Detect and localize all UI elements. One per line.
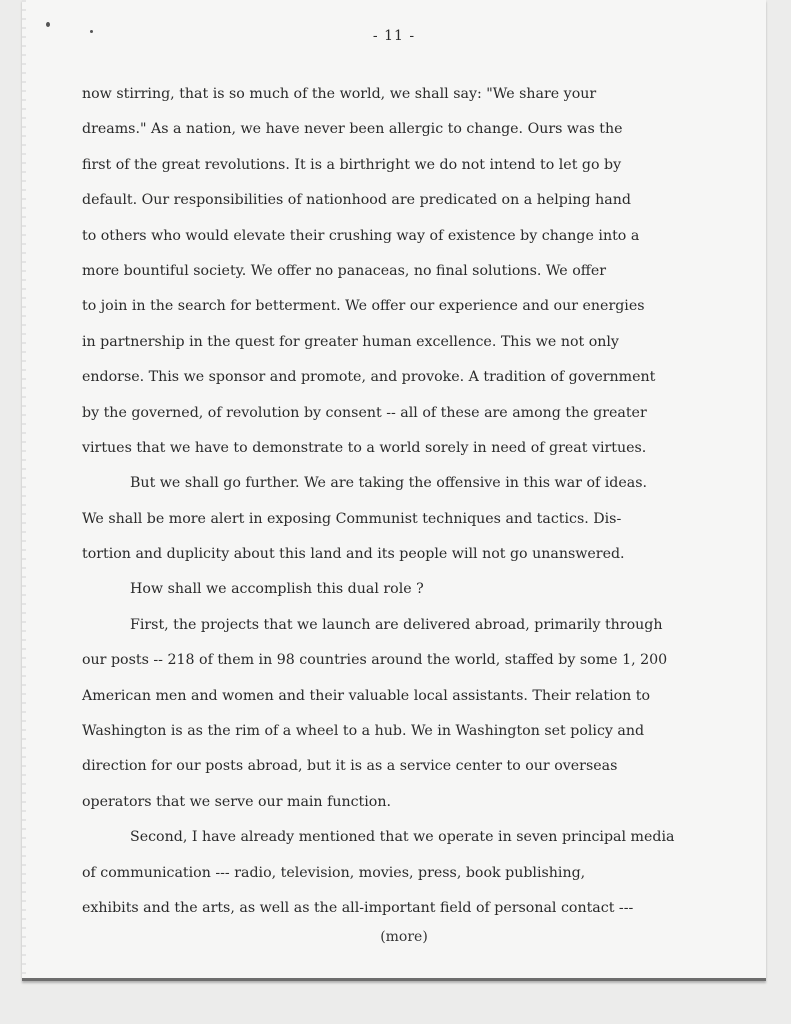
text-line: now stirring, that is so much of the wor… bbox=[82, 77, 762, 112]
text-line: virtues that we have to demonstrate to a… bbox=[82, 431, 762, 466]
scanned-page-background: - 11 - now stirring, that is so much of … bbox=[0, 0, 791, 1024]
text-line: Washington is as the rim of a wheel to a… bbox=[82, 714, 762, 749]
text-line: more bountiful society. We offer no pana… bbox=[82, 254, 762, 289]
text-line: Second, I have already mentioned that we… bbox=[82, 820, 762, 855]
text-line: default. Our responsibilities of nationh… bbox=[82, 183, 762, 218]
text-line: by the governed, of revolution by consen… bbox=[82, 396, 762, 431]
body-text: now stirring, that is so much of the wor… bbox=[82, 77, 762, 926]
text-line: endorse. This we sponsor and promote, an… bbox=[82, 360, 762, 395]
continuation-marker: (more) bbox=[22, 929, 766, 945]
scan-speck bbox=[46, 22, 50, 27]
text-line: operators that we serve our main functio… bbox=[82, 785, 762, 820]
document-page: - 11 - now stirring, that is so much of … bbox=[22, 0, 766, 981]
text-line: to join in the search for betterment. We… bbox=[82, 289, 762, 324]
page-number: - 11 - bbox=[22, 28, 766, 44]
text-line: exhibits and the arts, as well as the al… bbox=[82, 891, 762, 926]
text-line: of communication --- radio, television, … bbox=[82, 856, 762, 891]
text-line: first of the great revolutions. It is a … bbox=[82, 148, 762, 183]
text-line: our posts -- 218 of them in 98 countries… bbox=[82, 643, 762, 678]
text-line: First, the projects that we launch are d… bbox=[82, 608, 762, 643]
text-line: dreams." As a nation, we have never been… bbox=[82, 112, 762, 147]
text-line: How shall we accomplish this dual role ? bbox=[82, 572, 762, 607]
text-line: in partnership in the quest for greater … bbox=[82, 325, 762, 360]
text-line: tortion and duplicity about this land an… bbox=[82, 537, 762, 572]
text-line: We shall be more alert in exposing Commu… bbox=[82, 502, 762, 537]
text-line: But we shall go further. We are taking t… bbox=[82, 466, 762, 501]
text-line: direction for our posts abroad, but it i… bbox=[82, 749, 762, 784]
text-line: American men and women and their valuabl… bbox=[82, 679, 762, 714]
text-line: to others who would elevate their crushi… bbox=[82, 219, 762, 254]
